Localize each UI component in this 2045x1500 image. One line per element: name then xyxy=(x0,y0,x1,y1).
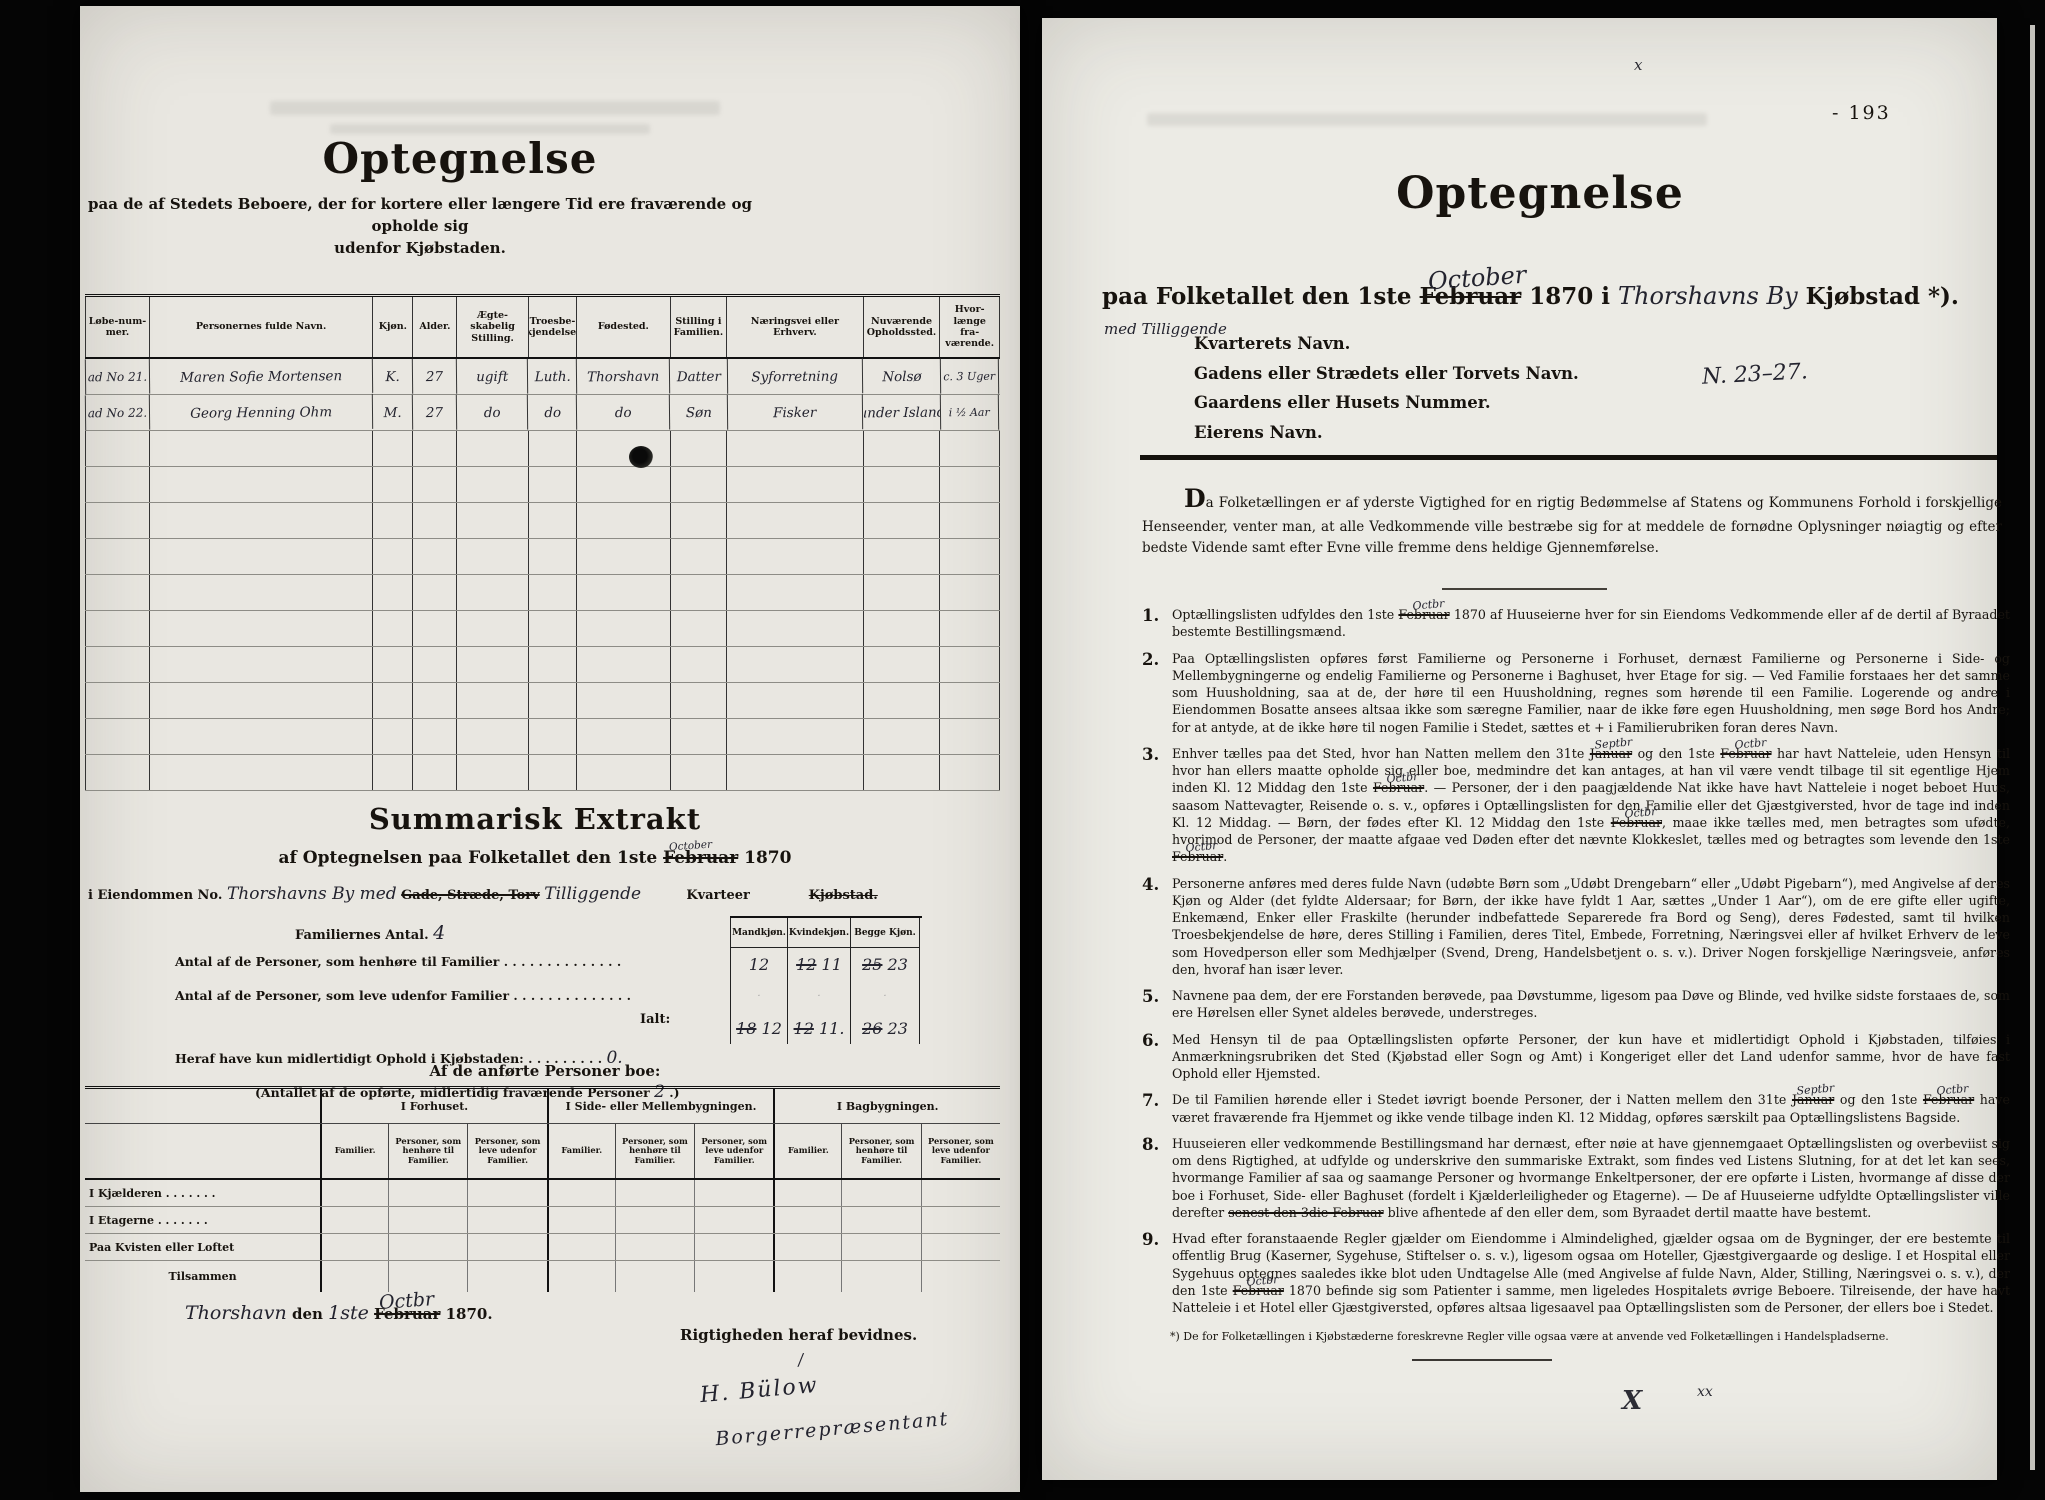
table-cell: do xyxy=(577,395,671,431)
table-cell-empty xyxy=(864,575,941,610)
residence-cell-empty xyxy=(694,1234,773,1260)
property-printed-prefix: i Eiendommen No. xyxy=(88,888,222,903)
residence-cell-empty xyxy=(388,1234,467,1260)
extract-subheading-year: 1870 xyxy=(744,848,791,868)
residence-cell-empty xyxy=(388,1207,467,1233)
table-cell-empty xyxy=(727,575,863,610)
residence-cell-empty xyxy=(547,1234,615,1260)
label-street: Gadens eller Strædets eller Torvets Navn… xyxy=(1194,366,1579,383)
table-cell-empty xyxy=(85,611,150,646)
divider-rule xyxy=(1140,455,1997,460)
introduction-paragraph: Da Folketællingen er af yderste Vigtighe… xyxy=(1142,480,2002,558)
table-header-row: Løbe-num-mer.Personernes fulde Navn.Kjøn… xyxy=(85,297,1000,359)
table-cell: Maren Sofie Mortensen xyxy=(150,358,374,395)
item-number: 2. xyxy=(1142,650,1172,736)
label-owner: Eierens Navn. xyxy=(1194,425,1579,442)
count-value: 25 23 xyxy=(851,948,920,980)
table-cell-empty xyxy=(150,755,373,790)
table-cell-empty xyxy=(150,719,373,754)
table-cell-empty xyxy=(529,611,577,646)
table-cell-empty xyxy=(373,575,413,610)
column-header: Løbe-num-mer. xyxy=(85,297,150,357)
table-row: ad No 21.Maren Sofie MortensenK.27ugiftL… xyxy=(85,359,1000,395)
residence-cell-empty xyxy=(694,1261,773,1292)
table-cell-empty xyxy=(864,647,941,682)
item-number: 5. xyxy=(1142,987,1172,1022)
date-line: Thorshavn den 1ste OctbrFebruar 1870. xyxy=(185,1302,493,1324)
instruction-item-6: 6.Med Hensyn til de paa Optællingslisten… xyxy=(1142,1031,2010,1083)
pencil-mark-x: x xyxy=(1634,56,1642,74)
table-cell-empty xyxy=(457,503,528,538)
house-numbers-handwritten: N. 23–27. xyxy=(1701,359,1808,390)
residence-cell-empty xyxy=(547,1180,615,1206)
table-cell-empty xyxy=(671,755,728,790)
table-cell-empty xyxy=(413,719,457,754)
residence-row: I Kjælderen . . . . . . . xyxy=(85,1180,1000,1207)
table-row-empty xyxy=(85,683,1000,719)
table-cell: Thorshavn xyxy=(577,359,671,395)
table-cell-empty xyxy=(373,755,413,790)
residence-table-heading: Af de anførte Personer boe: xyxy=(90,1062,1000,1080)
table-cell-empty xyxy=(671,539,728,574)
table-row-empty xyxy=(85,755,1000,791)
attestation-label: Rigtigheden heraf bevidnes. xyxy=(680,1326,917,1344)
residence-cell-empty xyxy=(841,1207,920,1233)
table-cell-empty xyxy=(150,683,373,718)
table-cell-empty xyxy=(85,467,150,502)
table-cell-empty xyxy=(727,611,863,646)
table-cell-empty xyxy=(373,647,413,682)
table-cell-empty xyxy=(529,539,577,574)
table-cell-empty xyxy=(150,503,373,538)
table-cell-empty xyxy=(864,719,941,754)
table-cell-empty xyxy=(577,539,670,574)
sex-count-table: Mandkjøn. Kvindekjøn. Begge Kjøn. 1212 1… xyxy=(730,916,922,1046)
table-cell-empty xyxy=(150,539,373,574)
table-cell-empty xyxy=(373,431,413,466)
residence-cell-empty xyxy=(841,1234,920,1260)
residence-cell-empty xyxy=(921,1234,1000,1260)
table-cell: under Island xyxy=(863,395,940,431)
table-cell-empty xyxy=(671,431,728,466)
subcolumn-header: Personer, som leve udenfor Familier. xyxy=(694,1124,773,1178)
residence-row: I Etagerne . . . . . . . xyxy=(85,1207,1000,1234)
table-cell-empty xyxy=(457,431,528,466)
table-cell-empty xyxy=(940,575,999,610)
residence-cell-empty xyxy=(320,1180,388,1206)
table-row-empty xyxy=(85,503,1000,539)
column-header-male: Mandkjøn. xyxy=(730,918,788,948)
table-cell-empty xyxy=(671,575,728,610)
table-cell-empty xyxy=(413,683,457,718)
table-cell-empty xyxy=(150,431,373,466)
table-cell-empty xyxy=(529,467,577,502)
building-group-header: I Bagbygningen. xyxy=(773,1089,1000,1123)
table-cell-empty xyxy=(457,755,528,790)
struck-month: OctbrFebruar xyxy=(374,1305,440,1323)
count-value: · xyxy=(730,980,788,1012)
table-cell-empty xyxy=(529,503,577,538)
residence-row: Paa Kvisten eller Loftet xyxy=(85,1234,1000,1261)
count-value: · xyxy=(788,980,851,1012)
table-cell-empty xyxy=(940,755,999,790)
table-cell-empty xyxy=(864,503,941,538)
table-cell-empty xyxy=(727,683,863,718)
subtitle-line-2: udenfor Kjøbstaden. xyxy=(334,239,506,257)
residence-cell-empty xyxy=(388,1261,467,1292)
table-cell: K. xyxy=(373,359,414,394)
column-header: Troesbe-kjendelse. xyxy=(529,297,577,357)
column-header: Personernes fulde Navn. xyxy=(150,297,373,357)
table-cell-empty xyxy=(577,431,670,466)
table-cell: Syforretning xyxy=(727,358,864,394)
table-cell-empty xyxy=(85,431,150,466)
residence-row: Tilsammen xyxy=(85,1261,1000,1292)
table-row-empty xyxy=(85,575,1000,611)
column-header: Nuværende Opholdssted. xyxy=(864,297,941,357)
column-header: Alder. xyxy=(413,297,457,357)
instruction-item-5: 5.Navnene paa dem, der ere Forstanden be… xyxy=(1142,987,2010,1022)
label-house-number: Gaardens eller Husets Nummer. xyxy=(1194,395,1579,412)
residence-cell-empty xyxy=(467,1261,546,1292)
table-cell: Fisker xyxy=(727,394,864,430)
scan-edge-sliver xyxy=(2030,25,2035,1470)
table-cell: 27 xyxy=(413,395,457,430)
column-header: Hvor-længe fra-værende. xyxy=(940,297,999,357)
table-cell-empty xyxy=(727,467,863,502)
table-cell: Luth. xyxy=(529,359,578,395)
subcolumn-header-row: Familier.Personer, som henhøre til Famil… xyxy=(85,1123,1000,1180)
residence-cell-empty xyxy=(467,1180,546,1206)
table-cell-empty xyxy=(727,755,863,790)
item-text: Hvad efter foranstaaende Regler gjælder … xyxy=(1172,1230,2010,1316)
extract-row1-label: Antal af de Personer, som henhøre til Fa… xyxy=(175,954,621,969)
item-text: Med Hensyn til de paa Optællingslisten o… xyxy=(1172,1031,2010,1083)
item-number: 7. xyxy=(1142,1091,1172,1126)
table-cell-empty xyxy=(727,719,863,754)
subcolumn-header: Familier. xyxy=(320,1124,388,1178)
count-value: 12 11 xyxy=(788,948,851,980)
item-number: 9. xyxy=(1142,1230,1172,1316)
subcolumn-header: Personer, som leve udenfor Familier. xyxy=(921,1124,1000,1178)
table-cell-empty xyxy=(577,755,670,790)
table-cell-empty xyxy=(373,683,413,718)
instruction-item-1: 1.Optællingslisten udfyldes den 1ste Feb… xyxy=(1142,606,2010,641)
residence-cell-empty xyxy=(467,1207,546,1233)
table-row-empty xyxy=(85,719,1000,755)
residence-cell-empty xyxy=(694,1180,773,1206)
column-header: Næringsvei eller Erhverv. xyxy=(727,297,863,357)
item-text: Enhver tælles paa det Sted, hvor han Nat… xyxy=(1172,745,2010,866)
page-subtitle: paa de af Stedets Beboere, der for korte… xyxy=(80,194,760,259)
table-cell-empty xyxy=(577,467,670,502)
table-cell-empty xyxy=(529,575,577,610)
column-header: Kjøn. xyxy=(373,297,413,357)
residence-cell-empty xyxy=(921,1261,1000,1292)
extract-row2-label: Antal af de Personer, som leve udenfor F… xyxy=(175,988,631,1003)
column-header: Fødested. xyxy=(577,297,670,357)
table-cell-empty xyxy=(727,647,863,682)
page-title: Optegnelse xyxy=(1190,168,1890,219)
absentees-table: Løbe-num-mer.Personernes fulde Navn.Kjøn… xyxy=(85,294,1000,791)
values-total: 18 1212 11.26 23 xyxy=(730,1012,922,1044)
item-number: 1. xyxy=(1142,606,1172,641)
table-cell: ugift xyxy=(457,359,529,395)
town-handwritten: Thorshavns By xyxy=(1618,282,1798,310)
footnote-rule xyxy=(1412,1359,1552,1361)
residence-cell-empty xyxy=(615,1234,694,1260)
families-count-handwritten: 4 xyxy=(433,922,445,944)
page-title: Optegnelse xyxy=(80,134,840,183)
handwritten-correction: Octbr xyxy=(379,1288,436,1314)
left-page: Optegnelse paa de af Stedets Beboere, de… xyxy=(80,6,1020,1492)
extract-subheading-prefix: af Optegnelsen paa Folketallet den 1ste xyxy=(279,848,658,868)
instruction-item-4: 4.Personerne anføres med deres fulde Nav… xyxy=(1142,875,2010,979)
table-row-empty xyxy=(85,431,1000,467)
residence-row-label: I Etagerne . . . . . . . xyxy=(85,1207,320,1233)
table-cell-empty xyxy=(671,467,728,502)
table-cell-empty xyxy=(727,503,863,538)
table-cell-empty xyxy=(457,467,528,502)
table-cell-empty xyxy=(529,683,577,718)
table-cell-empty xyxy=(864,755,941,790)
table-row-empty xyxy=(85,539,1000,575)
table-cell-empty xyxy=(413,755,457,790)
table-cell-empty xyxy=(529,431,577,466)
table-cell-empty xyxy=(864,611,941,646)
table-cell-empty xyxy=(457,647,528,682)
ink-blot xyxy=(629,446,653,468)
residence-cell-empty xyxy=(841,1180,920,1206)
count-value: 26 23 xyxy=(851,1012,920,1044)
table-cell-empty xyxy=(85,647,150,682)
table-cell-empty xyxy=(577,503,670,538)
empty-corner xyxy=(85,1089,320,1123)
residence-row-label: Paa Kvisten eller Loftet xyxy=(85,1234,320,1260)
table-cell-empty xyxy=(671,719,728,754)
table-cell-empty xyxy=(940,431,999,466)
bleed-through-smudge xyxy=(1147,113,1707,126)
handwritten-correction: October xyxy=(669,838,713,853)
table-row-empty xyxy=(85,647,1000,683)
residence-cell-empty xyxy=(773,1180,841,1206)
property-handwritten-2: Tilliggende xyxy=(544,884,641,904)
table-cell-empty xyxy=(577,647,670,682)
count-value: 18 12 xyxy=(730,1012,788,1044)
property-kjobstad: Kjøbstad. xyxy=(809,888,878,903)
subtitle-line-1: paa de af Stedets Beboere, der for korte… xyxy=(88,195,752,235)
item-number: 6. xyxy=(1142,1031,1172,1083)
subcolumn-header: Personer, som henhøre til Familier. xyxy=(841,1124,920,1178)
subcolumn-header: Familier. xyxy=(773,1124,841,1178)
table-cell-empty xyxy=(940,503,999,538)
table-cell-empty xyxy=(457,719,528,754)
table-cell-empty xyxy=(864,539,941,574)
item-number: 4. xyxy=(1142,875,1172,979)
residence-cell-empty xyxy=(320,1261,388,1292)
extract-heading: Summarisk Extrakt xyxy=(80,802,990,836)
table-row-empty xyxy=(85,611,1000,647)
residence-cell-empty xyxy=(921,1180,1000,1206)
item-text: De til Familien hørende eller i Stedet i… xyxy=(1172,1091,2010,1126)
table-cell-empty xyxy=(864,683,941,718)
property-kvarteer: Kvarteer xyxy=(686,888,750,903)
residence-cell-empty xyxy=(388,1180,467,1206)
table-cell-empty xyxy=(940,719,999,754)
table-cell-empty xyxy=(457,575,528,610)
table-cell-empty xyxy=(940,683,999,718)
extract-subheading: af Optegnelsen paa Folketallet den 1ste … xyxy=(80,848,990,868)
table-cell-empty xyxy=(457,611,528,646)
signature-name: H. Bülow xyxy=(699,1373,819,1408)
table-cell: i ½ Aar xyxy=(940,395,1000,431)
subcolumn-header: Personer, som leve udenfor Familier. xyxy=(467,1124,546,1178)
residence-row-label: Tilsammen xyxy=(85,1261,320,1292)
table-cell-empty xyxy=(457,683,528,718)
table-cell-empty xyxy=(727,539,863,574)
table-cell-empty xyxy=(373,719,413,754)
residence-cell-empty xyxy=(615,1207,694,1233)
bleed-through-smudge xyxy=(330,124,650,134)
table-cell: ad No 22. xyxy=(85,395,150,431)
table-cell-empty xyxy=(413,611,457,646)
table-cell-empty xyxy=(413,503,457,538)
label-quarter: Kvarterets Navn. xyxy=(1194,336,1579,353)
instruction-item-9: 9.Hvad efter foranstaaende Regler gjælde… xyxy=(1142,1230,2010,1316)
table-cell-empty xyxy=(940,611,999,646)
table-cell-empty xyxy=(529,647,577,682)
residence-row-label: I Kjælderen . . . . . . . xyxy=(85,1180,320,1206)
group-header-row: I Forhuset.I Side- eller Mellembygningen… xyxy=(85,1089,1000,1123)
item-number: 8. xyxy=(1142,1135,1172,1221)
instruction-item-2: 2.Paa Optællingslisten opføres først Fam… xyxy=(1142,650,2010,736)
section-divider xyxy=(1442,588,1607,590)
count-value: 12 11. xyxy=(788,1012,851,1044)
table-cell-empty xyxy=(864,431,941,466)
column-header-female: Kvindekjøn. xyxy=(788,918,851,948)
building-group-header: I Forhuset. xyxy=(320,1089,547,1123)
struck-month: OctoberFebruar xyxy=(663,848,738,868)
table-cell-empty xyxy=(940,539,999,574)
column-header: Ægte-skabelig Stilling. xyxy=(457,297,528,357)
pencil-mark-x-large: X xyxy=(1622,1386,1642,1416)
table-cell-empty xyxy=(85,719,150,754)
place-handwritten: Thorshavn xyxy=(185,1302,287,1324)
table-cell-empty xyxy=(85,575,150,610)
sex-count-header-row: Mandkjøn. Kvindekjøn. Begge Kjøn. xyxy=(730,918,922,948)
scanned-document: Optegnelse paa de af Stedets Beboere, de… xyxy=(0,0,2045,1500)
table-cell-empty xyxy=(577,719,670,754)
page-number: - 193 xyxy=(1832,102,1891,124)
families-count-line: Familiernes Antal. 4 xyxy=(295,922,445,944)
bleed-through-smudge xyxy=(270,101,720,115)
table-cell-empty xyxy=(671,503,728,538)
empty-corner xyxy=(85,1124,320,1178)
table-cell-empty xyxy=(373,467,413,502)
count-value: · xyxy=(851,980,920,1012)
instructions-list: 1.Optællingslisten udfyldes den 1ste Feb… xyxy=(1142,606,2010,1361)
table-cell-empty xyxy=(940,467,999,502)
item-text: Huuseieren eller vedkommende Bestillings… xyxy=(1172,1135,2010,1221)
table-cell: do xyxy=(529,395,578,431)
page-subtitle: paa Folketallet den 1ste OctoberFebruar … xyxy=(1102,282,1992,310)
footnote: *) De for Folketællingen i Kjøbstæderne … xyxy=(1170,1330,2010,1343)
column-header: Stilling i Familien. xyxy=(671,297,728,357)
column-header-both: Begge Kjøn. xyxy=(851,918,920,948)
residence-cell-empty xyxy=(320,1207,388,1233)
residence-cell-empty xyxy=(467,1234,546,1260)
table-cell-empty xyxy=(727,431,863,466)
residence-cell-empty xyxy=(773,1207,841,1233)
residence-cell-empty xyxy=(320,1234,388,1260)
table-cell-empty xyxy=(671,683,728,718)
item-text: Optællingslisten udfyldes den 1ste Febru… xyxy=(1172,606,2010,641)
table-cell-empty xyxy=(940,647,999,682)
day-handwritten: 1ste xyxy=(328,1302,369,1324)
table-row-empty xyxy=(85,467,1000,503)
item-number: 3. xyxy=(1142,745,1172,866)
residence-cell-empty xyxy=(547,1207,615,1233)
table-cell-empty xyxy=(85,683,150,718)
table-cell-empty xyxy=(529,755,577,790)
item-text: Navnene paa dem, der ere Forstanden berø… xyxy=(1172,987,2010,1022)
table-cell: M. xyxy=(373,395,414,430)
table-cell: Georg Henning Ohm xyxy=(150,394,374,431)
instruction-item-3: 3.Enhver tælles paa det Sted, hvor han N… xyxy=(1142,745,2010,866)
table-cell-empty xyxy=(373,503,413,538)
residence-cell-empty xyxy=(694,1207,773,1233)
table-cell-empty xyxy=(413,467,457,502)
property-line: i Eiendommen No. Thorshavns By med Gade,… xyxy=(88,884,993,904)
residence-table: I Forhuset.I Side- eller Mellembygningen… xyxy=(85,1086,1000,1292)
property-handwritten-1: Thorshavns By med xyxy=(227,884,397,904)
residence-cell-empty xyxy=(615,1180,694,1206)
table-cell-empty xyxy=(150,647,373,682)
table-cell: Søn xyxy=(670,395,727,431)
address-labels: Kvarterets Navn. Gadens eller Strædets e… xyxy=(1194,336,1579,454)
table-row: ad No 22.Georg Henning OhmM.27dododoSønF… xyxy=(85,395,1000,431)
table-cell-empty xyxy=(373,539,413,574)
table-cell-empty xyxy=(864,467,941,502)
table-cell-empty xyxy=(85,503,150,538)
residence-cell-empty xyxy=(615,1261,694,1292)
table-cell-empty xyxy=(373,611,413,646)
item-text: Personerne anføres med deres fulde Navn … xyxy=(1172,875,2010,979)
table-cell-empty xyxy=(577,575,670,610)
subcolumn-header: Familier. xyxy=(547,1124,615,1178)
signature-title: Borgerrepræsentant xyxy=(714,1408,950,1450)
table-cell-empty xyxy=(150,575,373,610)
struck-month: OctoberFebruar xyxy=(1420,283,1522,310)
instruction-item-8: 8.Huuseieren eller vedkommende Bestillin… xyxy=(1142,1135,2010,1221)
property-struck: Gade, Stræde, Torv xyxy=(401,888,540,903)
table-cell: ad No 21. xyxy=(85,359,150,395)
table-cell-empty xyxy=(413,647,457,682)
building-group-header: I Side- eller Mellembygningen. xyxy=(547,1089,774,1123)
table-cell-empty xyxy=(413,575,457,610)
residence-cell-empty xyxy=(773,1261,841,1292)
table-cell: Nolsø xyxy=(863,359,940,395)
table-cell-empty xyxy=(577,611,670,646)
signature-flourish: / xyxy=(797,1350,806,1370)
table-cell-empty xyxy=(671,611,728,646)
residence-cell-empty xyxy=(773,1234,841,1260)
table-cell: Datter xyxy=(670,359,727,395)
residence-cell-empty xyxy=(547,1261,615,1292)
table-cell-empty xyxy=(150,467,373,502)
residence-cell-empty xyxy=(841,1261,920,1292)
table-cell-empty xyxy=(577,683,670,718)
